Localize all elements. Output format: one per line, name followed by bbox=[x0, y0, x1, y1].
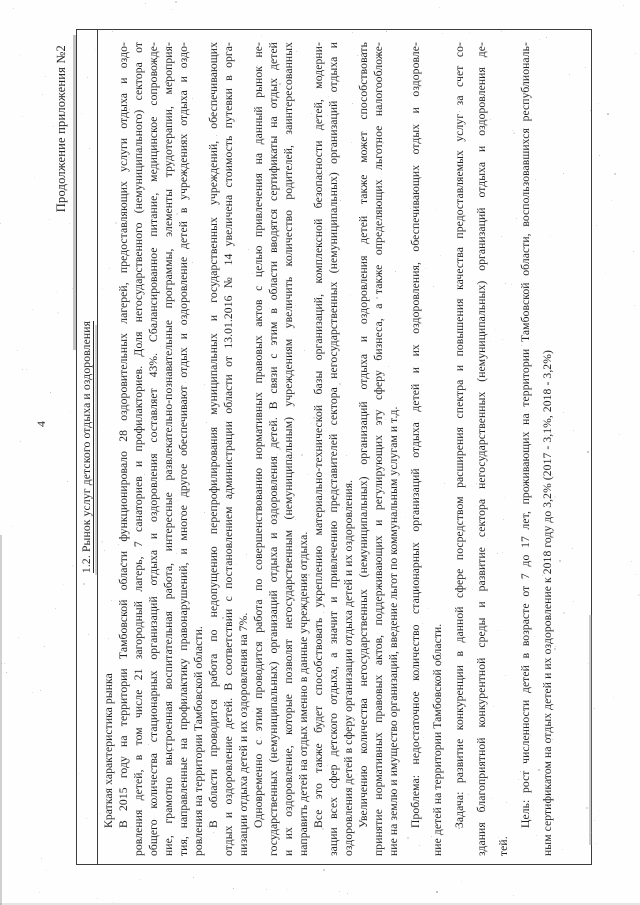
text-line: принятие нормативных правовых актов, под… bbox=[371, 42, 386, 856]
text-line: тия, направленные на профилактику правон… bbox=[176, 42, 191, 856]
text-line: ным сертификатом на отдых детей и их озд… bbox=[537, 42, 559, 856]
text-line: и их оздоровление, которые позволят него… bbox=[281, 42, 296, 856]
appendix-note: Продолжение приложения №2 bbox=[54, 45, 69, 212]
text-line: государственных (немуниципальных) органи… bbox=[266, 42, 281, 856]
text-line: здания благоприятной конкурентной среды … bbox=[471, 42, 493, 856]
paragraph: Проблема: недостаточное количество стаци… bbox=[405, 42, 449, 856]
scan-artifact bbox=[589, 615, 592, 845]
text-line: Проблема: недостаточное количество стаци… bbox=[405, 42, 427, 856]
section-title: 1.2. Рынок услуг детского отдыха и оздор… bbox=[80, 321, 94, 573]
text-line: тей. bbox=[493, 42, 515, 856]
table-body: Краткая характеристика рынкаВ 2015 году … bbox=[98, 30, 559, 864]
paragraph: Все это также будет способствовать укреп… bbox=[311, 42, 356, 856]
text-line: Все это также будет способствовать укреп… bbox=[311, 42, 326, 856]
text-line: зации всех сфер детского отдыха, а значи… bbox=[326, 42, 341, 856]
text-line: Цель: рост численности детей в возрасте … bbox=[515, 42, 537, 856]
text-line: отдых и оздоровление детей. В соответств… bbox=[221, 42, 236, 856]
page-number: 4 bbox=[34, 421, 49, 427]
paragraph: Задача: развитие конкуренции в данной сф… bbox=[449, 42, 515, 856]
document-table: 1.2. Рынок услуг детского отдыха и оздор… bbox=[76, 29, 592, 865]
paragraph: Краткая характеристика рынка bbox=[101, 42, 116, 856]
text-line: Краткая характеристика рынка bbox=[101, 42, 116, 856]
scanned-page: 4 Продолжение приложения №2 1.2. Рынок у… bbox=[0, 0, 640, 905]
paragraph: Увеличению количества негосударственных … bbox=[356, 42, 401, 856]
text-line: оздоровления детей в сферу организации о… bbox=[341, 42, 356, 856]
scan-artifact bbox=[73, 35, 76, 350]
paragraph: Одновременно с этим проводится работа по… bbox=[251, 42, 311, 856]
scan-artifact bbox=[95, 325, 97, 575]
text-line: ние детей на территории Тамбовской облас… bbox=[427, 42, 449, 856]
text-line: ровления на территории Тамбовской област… bbox=[191, 42, 206, 856]
paragraph: Цель: рост численности детей в возрасте … bbox=[515, 42, 559, 856]
text-line: ние на землю и имущество организаций, вв… bbox=[386, 42, 401, 856]
scan-edge-shadow bbox=[0, 535, 2, 905]
text-line: общего количества стационарных организац… bbox=[146, 42, 161, 856]
paragraph: В области проводится работа по недопущен… bbox=[206, 42, 251, 856]
text-line: направить детей на отдых именно в данные… bbox=[296, 42, 311, 856]
text-line: низации отдыха детей и их оздоровления н… bbox=[236, 42, 251, 856]
text-line: Задача: развитие конкуренции в данной сф… bbox=[449, 42, 471, 856]
text-line: В области проводится работа по недопущен… bbox=[206, 42, 221, 856]
text-line: ние, грамотно выстроенная воспитательная… bbox=[161, 42, 176, 856]
text-line: Одновременно с этим проводится работа по… bbox=[251, 42, 266, 856]
paragraph: В 2015 году на территории Тамбовской обл… bbox=[116, 42, 206, 856]
text-line: ровления детей, в том числе 21 загородны… bbox=[131, 42, 146, 856]
text-line: Увеличению количества негосударственных … bbox=[356, 42, 371, 856]
text-line: В 2015 году на территории Тамбовской обл… bbox=[116, 42, 131, 856]
